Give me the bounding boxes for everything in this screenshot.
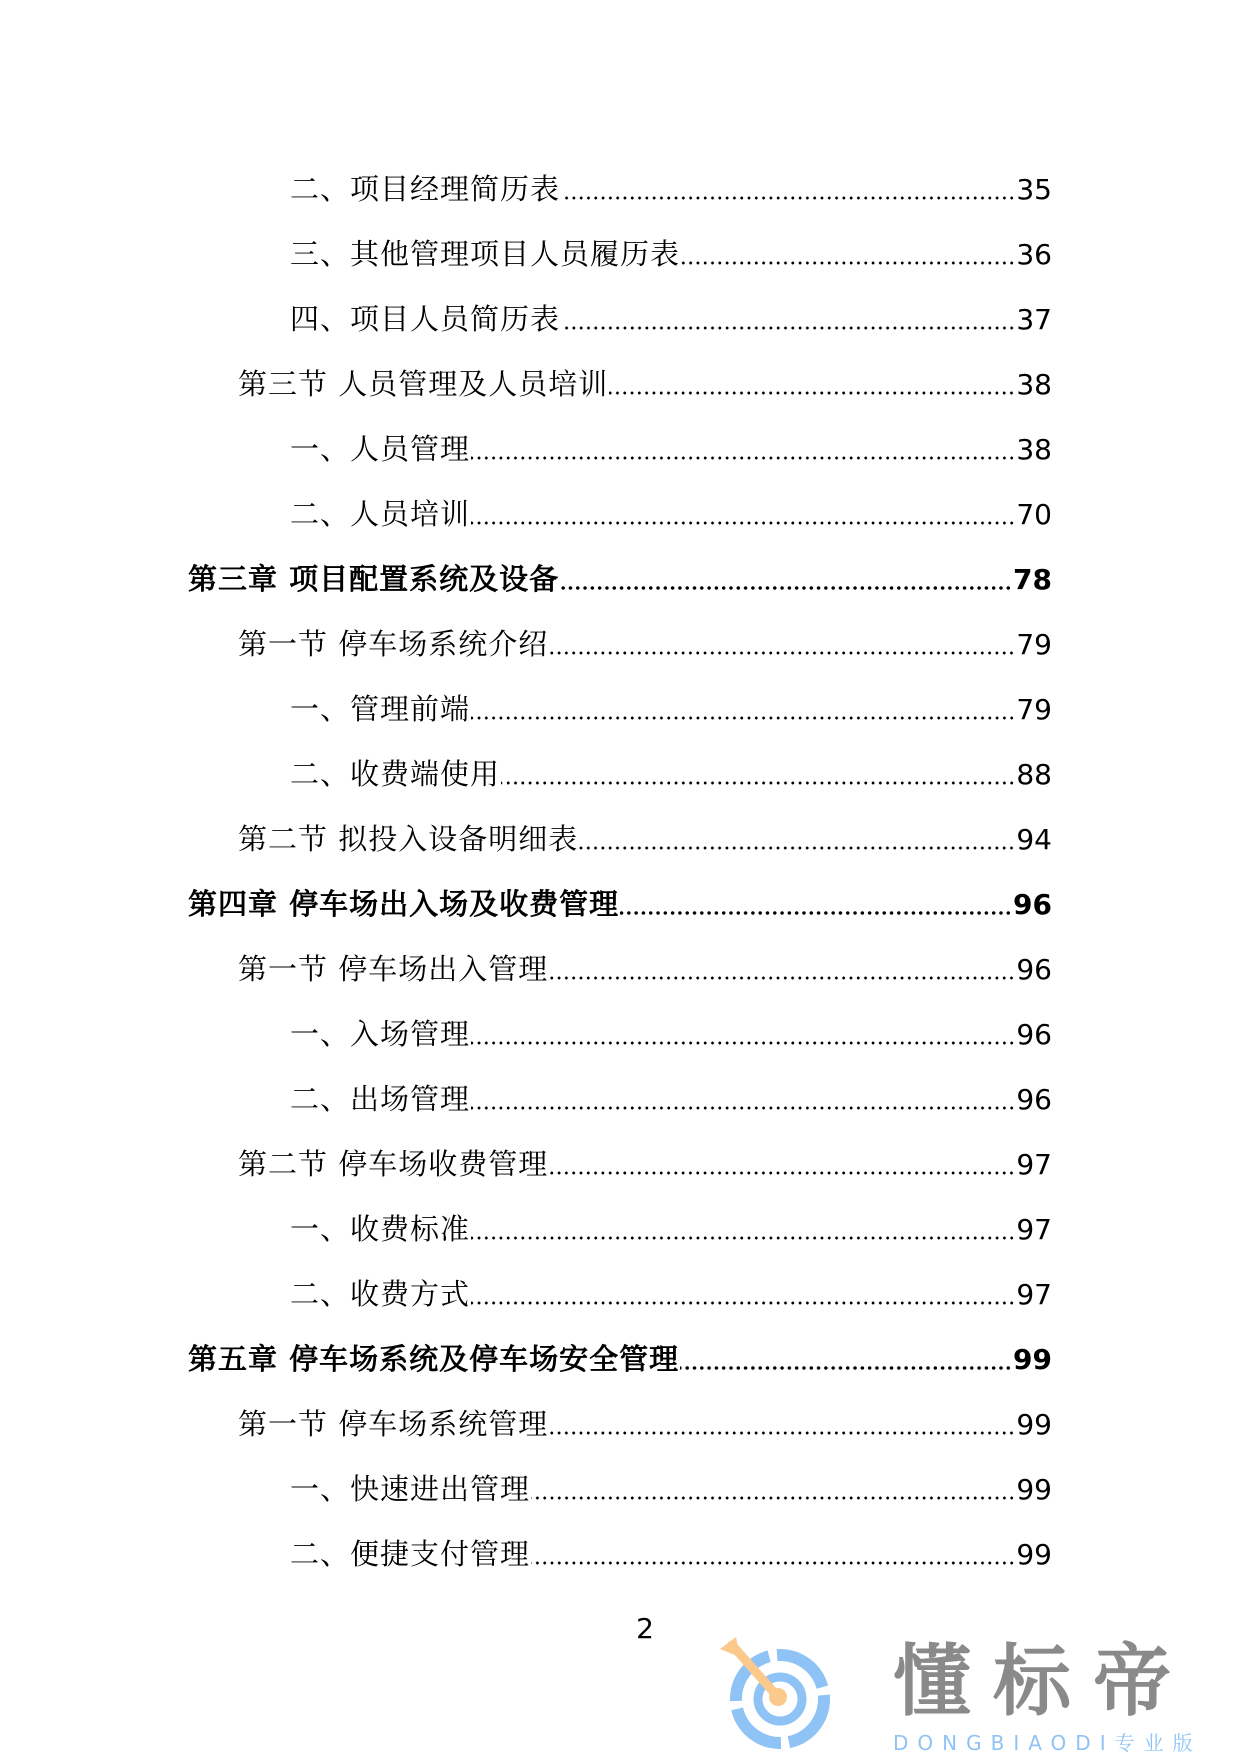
toc-entry[interactable]: 二、出场管理 96 [290,1067,1052,1132]
toc-entry-title: 三、其他管理项目人员履历表 [290,240,680,269]
toc-chapter-entry[interactable]: 第四章 停车场出入场及收费管理 96 [188,872,1052,937]
toc-entry-page: 94 [1016,826,1052,854]
watermark-brand-name: 懂标帝 [893,1643,1193,1721]
toc-section-entry[interactable]: 第一节 停车场出入管理 96 [238,937,1052,1002]
toc-entry-page: 99 [1016,1411,1052,1439]
dot-leader [579,825,1015,854]
dot-leader [681,240,1015,269]
toc-entry[interactable]: 一、快速进出管理 99 [290,1457,1052,1522]
toc-entry-page: 35 [1016,176,1052,204]
dot-leader [549,1150,1015,1179]
toc-entry-title: 一、快速进出管理 [290,1475,530,1504]
toc-entry-title: 一、收费标准 [290,1215,470,1244]
dot-leader [471,1280,1015,1309]
toc-entry-title: 第四章 停车场出入场及收费管理 [188,890,619,919]
dot-leader [471,695,1015,724]
toc-entry[interactable]: 一、收费标准 97 [290,1197,1052,1262]
toc-entry-page: 37 [1016,306,1052,334]
toc-entry-title: 一、人员管理 [290,435,470,464]
toc-entry[interactable]: 二、项目经理简历表 35 [290,157,1052,222]
dot-leader [680,1345,1012,1374]
toc-section-entry[interactable]: 第三节 人员管理及人员培训 38 [238,352,1052,417]
dot-leader [471,1215,1015,1244]
toc-entry-title: 第二节 停车场收费管理 [238,1150,548,1179]
dot-leader [609,370,1015,399]
toc-entry-title: 二、收费端使用 [290,760,500,789]
toc-entry-title: 二、便捷支付管理 [290,1540,530,1569]
toc-entry-page: 70 [1016,501,1052,529]
toc-entry-title: 一、管理前端 [290,695,470,724]
dot-leader [471,1020,1015,1049]
toc-entry-title: 二、人员培训 [290,500,470,529]
toc-entry-page: 79 [1016,696,1052,724]
dot-leader [471,500,1015,529]
toc-entry-page: 38 [1016,436,1052,464]
toc-entry-page: 97 [1016,1151,1052,1179]
toc-entry[interactable]: 二、收费端使用 88 [290,742,1052,807]
toc-entry-title: 第一节 停车场系统管理 [238,1410,548,1439]
toc-section-entry[interactable]: 第二节 拟投入设备明细表 94 [238,807,1052,872]
toc-entry-page: 96 [1013,891,1052,919]
dot-leader [471,1085,1015,1114]
toc-entry-page: 79 [1016,631,1052,659]
toc-entry[interactable]: 四、项目人员简历表 37 [290,287,1052,352]
toc-entry-title: 四、项目人员简历表 [290,305,560,334]
dot-leader [560,565,1012,594]
toc-entry-title: 一、入场管理 [290,1020,470,1049]
page-number: 2 [620,1612,670,1645]
dot-leader [561,305,1015,334]
watermark-logo: 懂标帝 DONGBIAODI专业版 [718,1625,1238,1754]
toc-chapter-entry[interactable]: 第五章 停车场系统及停车场安全管理 99 [188,1327,1052,1392]
toc-entry[interactable]: 一、入场管理 96 [290,1002,1052,1067]
toc-entry[interactable]: 二、便捷支付管理 99 [290,1522,1052,1587]
toc-entry[interactable]: 二、收费方式 97 [290,1262,1052,1327]
dot-leader [549,1410,1015,1439]
toc-entry-title: 第一节 停车场系统介绍 [238,630,548,659]
toc-entry-title: 二、出场管理 [290,1085,470,1114]
dot-leader [549,955,1015,984]
toc-entry[interactable]: 一、人员管理 38 [290,417,1052,482]
toc-section-entry[interactable]: 第一节 停车场系统管理 99 [238,1392,1052,1457]
toc-section-entry[interactable]: 第一节 停车场系统介绍 79 [238,612,1052,677]
toc-entry-page: 96 [1016,956,1052,984]
toc-entry-title: 二、项目经理简历表 [290,175,560,204]
toc-entry-title: 第三节 人员管理及人员培训 [238,370,608,399]
dot-leader [561,175,1015,204]
toc-entry-page: 97 [1016,1281,1052,1309]
toc-entry[interactable]: 三、其他管理项目人员履历表 36 [290,222,1052,287]
toc-entry-title: 二、收费方式 [290,1280,470,1309]
toc-entry-page: 88 [1016,761,1052,789]
dot-leader [471,435,1015,464]
watermark-subtitle: DONGBIAODI专业版 [893,1733,1202,1753]
toc-entry-title: 第三章 项目配置系统及设备 [188,565,559,594]
toc-entry-page: 96 [1016,1086,1052,1114]
toc-entry-page: 38 [1016,371,1052,399]
toc-entry-page: 99 [1016,1476,1052,1504]
toc-entry-page: 36 [1016,241,1052,269]
dot-leader [531,1540,1015,1569]
dot-leader [501,760,1015,789]
toc-entry[interactable]: 一、管理前端 79 [290,677,1052,742]
dot-leader [620,890,1012,919]
toc-entry-page: 78 [1013,566,1052,594]
toc-entry-title: 第二节 拟投入设备明细表 [238,825,578,854]
toc-entry[interactable]: 二、人员培训 70 [290,482,1052,547]
toc-entry-page: 96 [1016,1021,1052,1049]
dot-leader [531,1475,1015,1504]
dot-leader [549,630,1015,659]
toc-entry-page: 97 [1016,1216,1052,1244]
toc-entry-title: 第一节 停车场出入管理 [238,955,548,984]
toc-entry-page: 99 [1016,1541,1052,1569]
toc-chapter-entry[interactable]: 第三章 项目配置系统及设备 78 [188,547,1052,612]
toc-section-entry[interactable]: 第二节 停车场收费管理 97 [238,1132,1052,1197]
target-arrow-icon [718,1635,838,1754]
toc-entry-page: 99 [1013,1346,1052,1374]
toc-entry-title: 第五章 停车场系统及停车场安全管理 [188,1345,679,1374]
